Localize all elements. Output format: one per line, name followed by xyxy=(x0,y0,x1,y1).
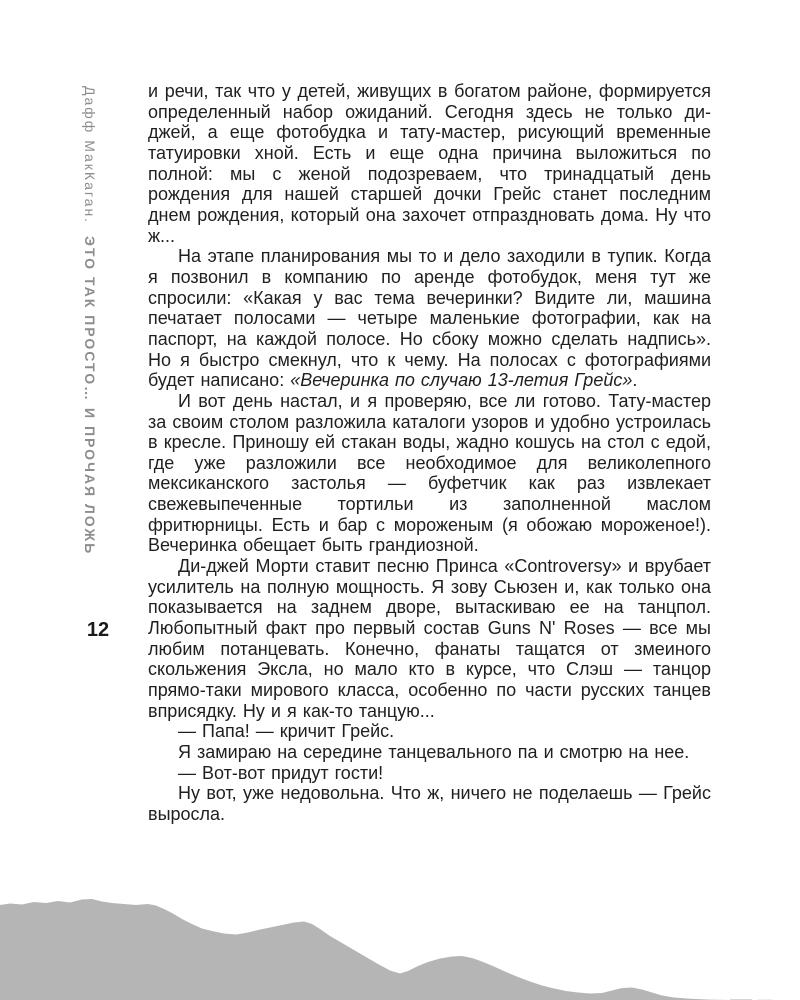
body-text-column: и речи, так что у детей, живущих в богат… xyxy=(148,81,711,825)
paragraph: Ди-джей Морти ставит песню Принса «Contr… xyxy=(148,556,711,721)
book-spine-text: Дафф МакКаган. ЭТО ТАК ПРОСТО… И ПРОЧАЯ … xyxy=(82,86,98,566)
paragraph-text: — Папа! — кричит Грейс. xyxy=(178,721,394,741)
paragraph-text: На этапе планирования мы то и дело заход… xyxy=(148,246,711,390)
paragraph-text: — Вот-вот придут гости! xyxy=(178,763,383,783)
spine-title: ЭТО ТАК ПРОСТО… И ПРОЧАЯ ЛОЖЬ xyxy=(82,236,98,555)
paragraph-text: И вот день настал, и я проверяю, все ли … xyxy=(148,391,711,556)
mountain-silhouette-decoration xyxy=(0,895,800,1000)
paragraph-text: Ди-джей Морти ставит песню Принса «Contr… xyxy=(148,556,711,721)
spine-author: Дафф МакКаган. xyxy=(82,86,98,224)
paragraph: И вот день настал, и я проверяю, все ли … xyxy=(148,391,711,556)
paragraph-text: Я замираю на середине танцевального па и… xyxy=(178,742,689,762)
paragraph: На этапе планирования мы то и дело заход… xyxy=(148,246,711,391)
paragraph: Я замираю на середине танцевального па и… xyxy=(148,742,711,763)
italic-quote-text: «Вечеринка по случаю 13-летия Грейс» xyxy=(290,370,632,390)
paragraph-text: и речи, так что у детей, живущих в богат… xyxy=(148,81,711,246)
paragraph-text: Ну вот, уже недовольна. Что ж, ничего не… xyxy=(148,783,711,824)
paragraph: — Вот-вот придут гости! xyxy=(148,763,711,784)
mountain-shape xyxy=(0,899,730,1000)
paragraph: Ну вот, уже недовольна. Что ж, ничего не… xyxy=(148,783,711,824)
paragraph: и речи, так что у детей, живущих в богат… xyxy=(148,81,711,246)
paragraph: — Папа! — кричит Грейс. xyxy=(148,721,711,742)
paragraph-text: . xyxy=(632,370,637,390)
book-page: Дафф МакКаган. ЭТО ТАК ПРОСТО… И ПРОЧАЯ … xyxy=(0,0,800,1000)
page-number: 12 xyxy=(78,619,118,642)
